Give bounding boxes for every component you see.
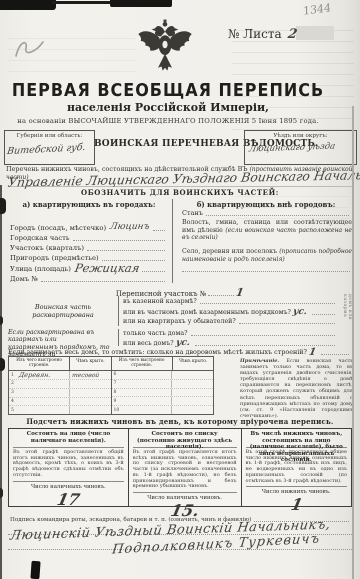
roof-value-handwritten: тесовой bbox=[71, 372, 99, 379]
scan-artifact-bar bbox=[110, 0, 172, 7]
document-type-title: ВОИНСКАЯ ПЕРЕЧНЕВАЯ ВѢДОМОСТЬ. bbox=[94, 139, 242, 149]
material-column-header: Изъ чего выстроено строеніе. bbox=[9, 357, 70, 370]
scan-ink-blob bbox=[0, 488, 3, 498]
table-row: 8 bbox=[112, 389, 214, 398]
option-text: или въ частномъ домѣ казарменнымъ порядк… bbox=[123, 309, 291, 316]
page-edge-line bbox=[352, 106, 354, 579]
table-row: 4 bbox=[9, 398, 111, 407]
row-number: 4 bbox=[9, 399, 19, 404]
field-city-value-handwritten: Люцинъ bbox=[109, 222, 150, 232]
occupancy-option-part: только часть дома? bbox=[123, 330, 338, 337]
material-cell bbox=[122, 380, 173, 388]
table-row: 5 bbox=[9, 406, 111, 414]
dotted-leader bbox=[239, 321, 335, 324]
brace-divider bbox=[118, 296, 119, 326]
material-cell: Деревян. bbox=[19, 371, 70, 379]
column-divider bbox=[172, 199, 173, 283]
roof-cell bbox=[70, 398, 111, 406]
tally-column-unassigned: Въ числѣ нижнихъ чиновъ, состоящихъ на л… bbox=[242, 429, 351, 506]
roof-cell bbox=[70, 380, 111, 388]
document-subtitle: населенія Россійской Имперіи, bbox=[0, 101, 336, 114]
row-number: 9 bbox=[112, 399, 122, 404]
column-header: Въ числѣ нижнихъ чиновъ, состоящихъ на л… bbox=[246, 431, 347, 448]
row-number: 10 bbox=[112, 408, 122, 413]
dotted-leader bbox=[153, 228, 165, 231]
law-reference-line: на основаніи ВЫСОЧАЙШЕ УТВЕРЖДЕННАГО ПОЛ… bbox=[0, 117, 336, 125]
material-cell bbox=[122, 371, 173, 379]
province-box: Губернія или область: Витебской губ. bbox=[4, 130, 95, 165]
row-number: 3 bbox=[9, 390, 19, 395]
count-value-handwritten: 1 bbox=[243, 495, 349, 515]
quartering-option-lodgings: или на квартирахъ у обывателей? bbox=[123, 318, 338, 325]
occupancy-option-whole: или весь домъ? ус. bbox=[123, 338, 338, 347]
table-row: 10 bbox=[112, 406, 214, 414]
roof-cell bbox=[172, 397, 213, 405]
row-number: 7 bbox=[112, 381, 122, 386]
occupancy-label-line1: Если расквартирована въ казармахъ или bbox=[8, 329, 94, 343]
roof-cell bbox=[172, 371, 213, 379]
district-label: Уѣздъ или округъ: bbox=[245, 131, 356, 139]
section-header: ОБОЗНАЧИТЬ ДЛЯ ВОИНСКИХЪ ЧАСТЕЙ: bbox=[0, 188, 360, 197]
census-precinct-label: Переписной участокъ № bbox=[116, 290, 207, 298]
table-row: 9 bbox=[112, 397, 214, 406]
option-text: или на квартирахъ у обывателей? bbox=[123, 318, 236, 325]
table-row: 3 bbox=[9, 389, 111, 398]
roof-cell: тесовой bbox=[70, 371, 111, 379]
dotted-leader bbox=[142, 269, 165, 272]
imperial-eagle-icon bbox=[136, 19, 194, 77]
row-number: 6 bbox=[112, 372, 122, 377]
material-value-handwritten: Деревян. bbox=[18, 371, 51, 379]
table-row: 2 bbox=[9, 380, 111, 389]
footnote-title: Примѣчаніе. bbox=[240, 358, 279, 364]
buildings-count-text: Если занимаетъ весь домъ, то отмѣтить: с… bbox=[8, 348, 307, 356]
material-cell bbox=[19, 389, 70, 397]
table-row: 6 bbox=[112, 371, 214, 380]
column-header: Состоитъ на лицо (число наличнаго населе… bbox=[13, 431, 124, 448]
dotted-leader bbox=[87, 248, 165, 251]
row-number: 5 bbox=[9, 408, 19, 413]
field-precinct-quarter-label: Участокъ (кварталъ) bbox=[10, 244, 84, 252]
option-text: или весь домъ? bbox=[123, 340, 174, 347]
row-number: 8 bbox=[112, 390, 122, 395]
option-text: въ казенной казармѣ? bbox=[123, 298, 197, 305]
dotted-rule bbox=[182, 271, 350, 272]
document-title: ПЕРВАЯ ВСЕОБЩАЯ ПЕРЕПИСЬ bbox=[0, 79, 336, 100]
field-city: Городъ (посадъ, мѣстечко) Люцинъ bbox=[10, 222, 168, 232]
dotted-leader bbox=[321, 352, 349, 355]
row-number: 1 bbox=[9, 373, 19, 378]
dotted-leader bbox=[208, 293, 234, 296]
roof-cell bbox=[172, 406, 213, 414]
sheet-number-value: 2 bbox=[286, 27, 298, 42]
pencil-squiggle bbox=[13, 36, 49, 60]
roof-column-header: Чѣмъ крыто. bbox=[173, 357, 213, 370]
field-house-number: Домъ № bbox=[10, 275, 168, 283]
row-number: 2 bbox=[9, 381, 19, 386]
column-instructions: Въ этой графѣ проставляется общій итогъ … bbox=[13, 448, 124, 482]
material-column-header: Изъ чего выстроено строеніе. bbox=[112, 357, 173, 370]
quartering-option-private-house: или въ частномъ домѣ казарменнымъ порядк… bbox=[123, 307, 338, 316]
material-cell bbox=[19, 406, 70, 414]
material-cell bbox=[19, 380, 70, 388]
eraser-smudge bbox=[296, 26, 334, 40]
roof-cell bbox=[172, 389, 213, 397]
dotted-leader bbox=[195, 343, 335, 346]
sheet-number-line: № Листа2 bbox=[228, 27, 297, 42]
dotted-leader bbox=[191, 333, 336, 336]
table-header-row: Изъ чего выстроено строеніе. Чѣмъ крыто. bbox=[9, 357, 111, 371]
column-instructions: Въ этой графѣ проставляется итогъ всѣхъ … bbox=[133, 448, 237, 493]
count-label: Число наличныхъ чиновъ. bbox=[133, 493, 237, 501]
table-header-row: Изъ чего выстроено строеніе. Чѣмъ крыто. bbox=[112, 357, 214, 371]
roof-cell bbox=[70, 389, 111, 397]
option-answer-handwritten: ус. bbox=[292, 307, 308, 317]
tally-column-on-list: Состоитъ по списку (постоянно живущаго з… bbox=[129, 429, 242, 506]
column-header: Состоитъ по списку (постоянно живущаго з… bbox=[133, 431, 237, 448]
quartering-label: Воинская часть расквартирована bbox=[12, 303, 114, 319]
field-village-label: Село, деревня или поселокъ bbox=[182, 248, 277, 255]
dotted-leader bbox=[200, 301, 335, 304]
sheet-number-label: № Листа bbox=[228, 27, 282, 41]
rural-column-header: б) квартирующихъ внѣ городовъ: bbox=[180, 200, 352, 209]
dotted-leader bbox=[73, 238, 165, 241]
field-house-number-label: Домъ № bbox=[10, 275, 38, 283]
field-street-label: Улица (площадь) bbox=[10, 265, 71, 273]
field-city-part: Городская часть bbox=[10, 234, 168, 242]
count-label: Число наличныхъ чиновъ. bbox=[13, 482, 124, 490]
tally-table: Состоитъ на лицо (число наличнаго населе… bbox=[8, 428, 352, 507]
dotted-leader bbox=[312, 312, 335, 315]
district-value-handwritten: Люцинскаго уѣзда bbox=[248, 141, 336, 154]
city-column-header: а) квартирующихъ въ городахъ: bbox=[10, 200, 168, 209]
field-city-label: Городъ (посадъ, мѣстечко) bbox=[10, 224, 106, 232]
roof-column-header: Чѣмъ крыто. bbox=[70, 357, 110, 370]
tally-title: Подсчетъ нижнихъ чиновъ въ день, къ кото… bbox=[0, 417, 360, 426]
buildings-table: Изъ чего выстроено строеніе. Чѣмъ крыто.… bbox=[8, 356, 214, 415]
column-instructions: Въ этой графѣ проставляется общее число … bbox=[246, 448, 347, 487]
footnote-body: Если воинская часть занимаетъ только час… bbox=[240, 358, 353, 419]
field-precinct-quarter: Участокъ (кварталъ) bbox=[10, 244, 168, 252]
dotted-leader bbox=[206, 213, 349, 216]
quartering-option-barracks: въ казенной казармѣ? bbox=[123, 298, 338, 305]
material-cell bbox=[122, 397, 173, 405]
field-volost: Волость, гмина, станица или соотвѣтствую… bbox=[182, 219, 352, 242]
footnote: Примѣчаніе. Если воинская часть занимает… bbox=[240, 358, 353, 419]
province-value-handwritten: Витебской губ. bbox=[6, 142, 86, 157]
field-village: Село, деревня или поселокъ (прописать по… bbox=[182, 248, 352, 263]
province-label: Губернія или область: bbox=[5, 131, 94, 139]
option-text: только часть дома? bbox=[123, 330, 188, 337]
roof-cell bbox=[70, 406, 111, 414]
tally-column-present: Состоитъ на лицо (число наличнаго населе… bbox=[9, 429, 129, 506]
scan-ink-blob bbox=[0, 198, 6, 214]
field-city-part-label: Городская часть bbox=[10, 234, 70, 242]
material-cell bbox=[122, 406, 173, 414]
material-cell bbox=[122, 389, 173, 397]
field-stan: Станъ bbox=[182, 209, 352, 217]
table-row: 1Деревян.тесовой bbox=[9, 371, 111, 380]
scan-ink-blob bbox=[30, 561, 40, 579]
count-value-handwritten: 17 bbox=[11, 490, 126, 510]
scanned-census-document: 1344 № Листа2 ПЕРВАЯ ВСЕОБЩАЯ ПЕРЕПИСЬ н… bbox=[0, 0, 360, 579]
field-stan-label: Станъ bbox=[182, 209, 203, 217]
roof-cell bbox=[172, 380, 213, 388]
buildings-table-right: Изъ чего выстроено строеніе. Чѣмъ крыто.… bbox=[112, 357, 214, 414]
field-street: Улица (площадь) Режицкая bbox=[10, 261, 168, 273]
table-row: 7 bbox=[112, 380, 214, 389]
district-box: Уѣздъ или округъ: Люцинскаго уѣзда bbox=[244, 130, 357, 165]
field-street-value-handwritten: Режицкая bbox=[74, 261, 141, 275]
scan-artifact-bar bbox=[0, 0, 56, 10]
margin-vertical-note: домъ или казарма bbox=[342, 294, 352, 344]
buildings-count-question: Если занимаетъ весь домъ, то отмѣтить: с… bbox=[8, 347, 352, 356]
scan-ink-blob bbox=[0, 358, 5, 371]
material-cell bbox=[19, 398, 70, 406]
buildings-table-left: Изъ чего выстроено строеніе. Чѣмъ крыто.… bbox=[9, 357, 112, 414]
scan-edge-shadow bbox=[0, 185, 2, 579]
brace-divider bbox=[118, 329, 119, 346]
dotted-leader bbox=[41, 279, 165, 282]
